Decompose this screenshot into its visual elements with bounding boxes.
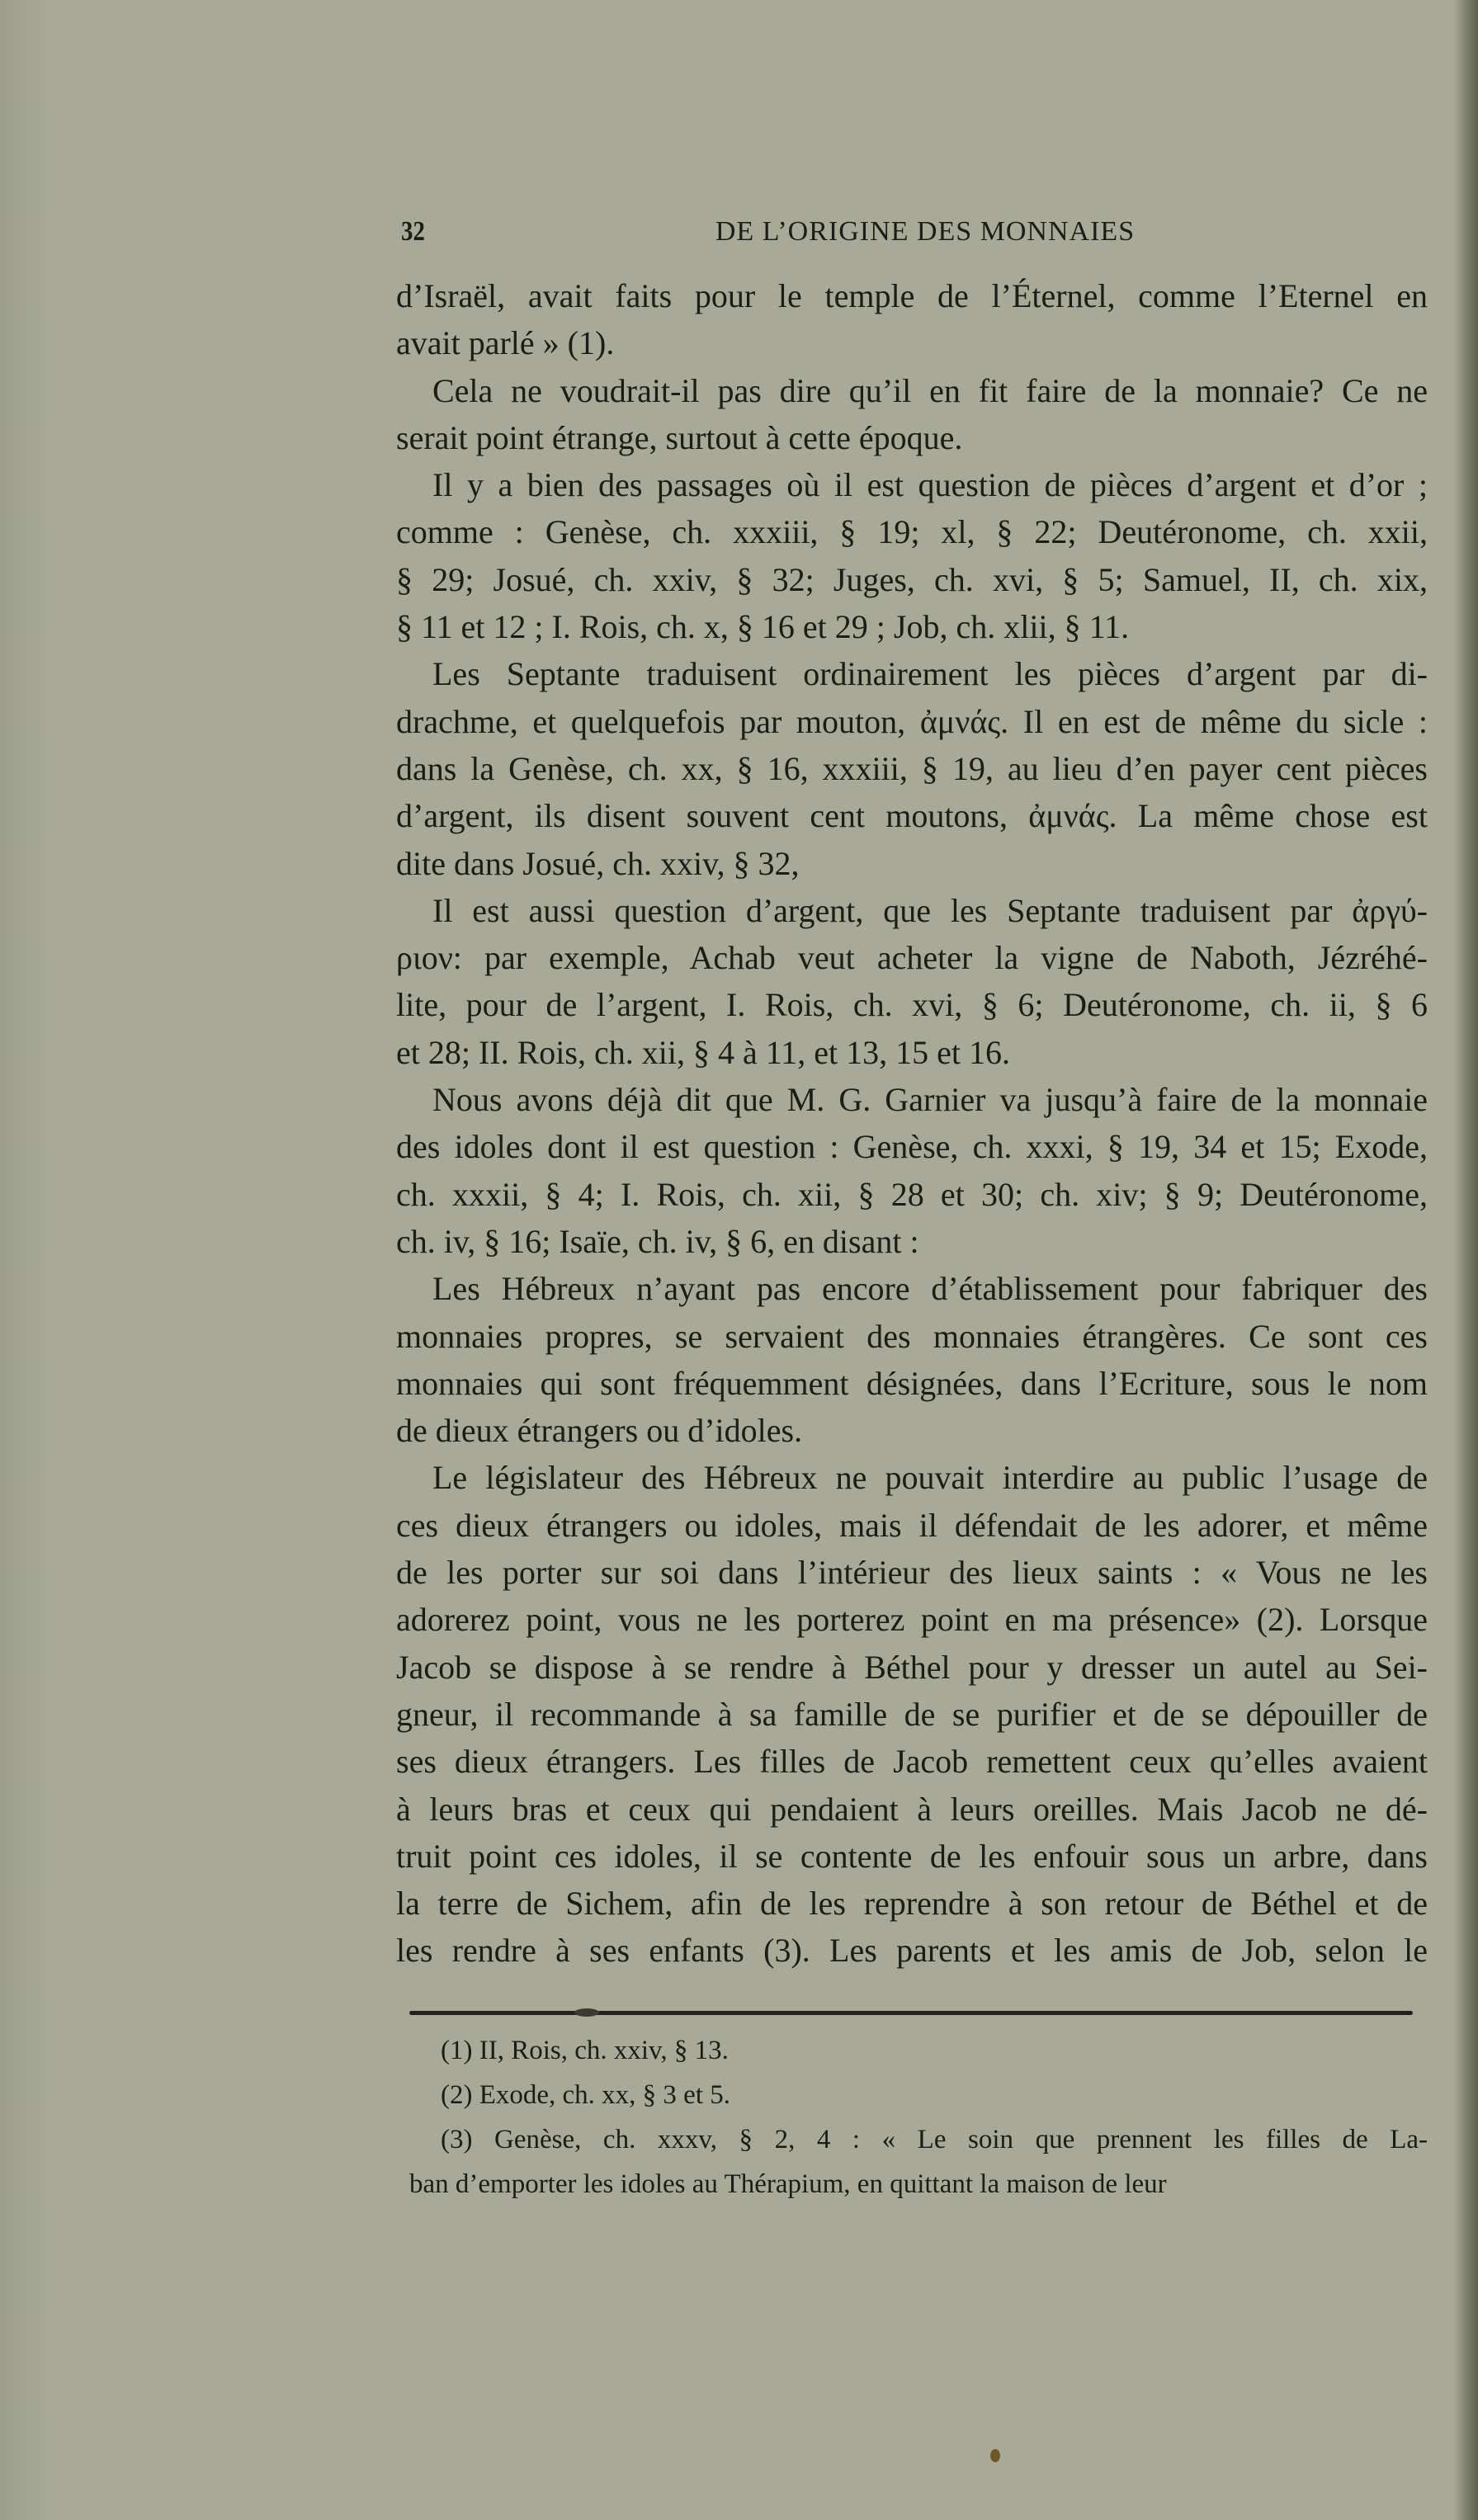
footnote-divider: [409, 2011, 1413, 2015]
text-line: § 29; Josué, ch. xxiv, § 32; Juges, ch. …: [396, 556, 1428, 603]
paper-speck: [990, 2449, 1000, 2462]
text-line: § 11 et 12 ; I. Rois, ch. x, § 16 et 29 …: [396, 603, 1428, 650]
text-line: ch. xxxii, § 4; I. Rois, ch. xii, § 28 e…: [396, 1171, 1428, 1218]
paragraph-first-line: Il est aussi question d’argent, que les …: [396, 887, 1428, 934]
text-line: gneur, il recommande à sa famille de se …: [396, 1691, 1428, 1738]
text-line: ch. iv, § 16; Isaïe, ch. iv, § 6, en dis…: [396, 1218, 1428, 1265]
paragraph-first-line: Il y a bien des passages où il est quest…: [396, 461, 1428, 508]
text-line: serait point étrange, surtout à cette ép…: [396, 414, 1428, 461]
footnote-3: (3) Genèse, ch. xxxv, § 2, 4 : « Le soin…: [409, 2117, 1428, 2162]
paragraph-first-line: Le législateur des Hébreux ne pouvait in…: [396, 1454, 1428, 1501]
text-line: lite, pour de l’argent, I. Rois, ch. xvi…: [396, 981, 1428, 1028]
footnote-2: (2) Exode, ch. xx, § 3 et 5.: [409, 2073, 1428, 2117]
text-line: d’argent, ils disent souvent cent mouton…: [396, 792, 1428, 839]
text-line: de dieux étrangers ou d’idoles.: [396, 1407, 1428, 1454]
text-line: avait parlé » (1).: [396, 319, 1428, 366]
text-line: Jacob se dispose à se rendre à Béthel po…: [396, 1644, 1428, 1691]
footnote-3-continued: ban d’emporter les idoles au Thérapium, …: [409, 2162, 1428, 2206]
body-text: d’Israël, avait faits pour le temple de …: [396, 272, 1428, 1975]
paragraph-first-line: Cela ne voudrait-il pas dire qu’il en fi…: [396, 367, 1428, 414]
text-line: monnaies qui sont fréquemment désignées,…: [396, 1360, 1428, 1407]
text-line: d’Israël, avait faits pour le temple de …: [396, 272, 1428, 319]
paragraph-first-line: Nous avons déjà dit que M. G. Garnier va…: [396, 1076, 1428, 1123]
footnotes: (1) II, Rois, ch. xxiv, § 13. (2) Exode,…: [409, 2028, 1428, 2206]
text-line: ριον: par exemple, Achab veut acheter la…: [396, 934, 1428, 981]
text-line: à leurs bras et ceux qui pendaient à leu…: [396, 1786, 1428, 1833]
text-line: les rendre à ses enfants (3). Les parent…: [396, 1927, 1428, 1974]
text-line: monnaies propres, se servaient des monna…: [396, 1313, 1428, 1360]
text-line: et 28; II. Rois, ch. xii, § 4 à 11, et 1…: [396, 1029, 1428, 1076]
text-line: dite dans Josué, ch. xxiv, § 32,: [396, 840, 1428, 887]
page-right-edge-shadow: [1453, 0, 1478, 2520]
text-line: ces dieux étrangers ou idoles, mais il d…: [396, 1502, 1428, 1549]
page-header: 32 DE L’ORIGINE DES MONNAIES: [401, 216, 1424, 257]
footnote-1: (1) II, Rois, ch. xxiv, § 13.: [409, 2028, 1428, 2073]
text-line: adorerez point, vous ne les porterez poi…: [396, 1596, 1428, 1643]
text-line: comme : Genèse, ch. xxxiii, § 19; xl, § …: [396, 508, 1428, 555]
paragraph-first-line: Les Septante traduisent ordinairement le…: [396, 650, 1428, 697]
text-line: truit point ces idoles, il se contente d…: [396, 1833, 1428, 1880]
page-left-shadow: [0, 0, 50, 2520]
text-line: des idoles dont il est question : Genèse…: [396, 1123, 1428, 1170]
text-line: la terre de Sichem, afin de les reprendr…: [396, 1880, 1428, 1927]
text-line: drachme, et quelquefois par mouton, ἀμνά…: [396, 698, 1428, 745]
text-line: dans la Genèse, ch. xx, § 16, xxxiii, § …: [396, 745, 1428, 792]
paragraph-first-line: Les Hébreux n’ayant pas encore d’établis…: [396, 1265, 1428, 1312]
text-line: de les porter sur soi dans l’intérieur d…: [396, 1549, 1428, 1596]
text-line: ses dieux étrangers. Les filles de Jacob…: [396, 1738, 1428, 1785]
running-title: DE L’ORIGINE DES MONNAIES: [401, 216, 1424, 248]
